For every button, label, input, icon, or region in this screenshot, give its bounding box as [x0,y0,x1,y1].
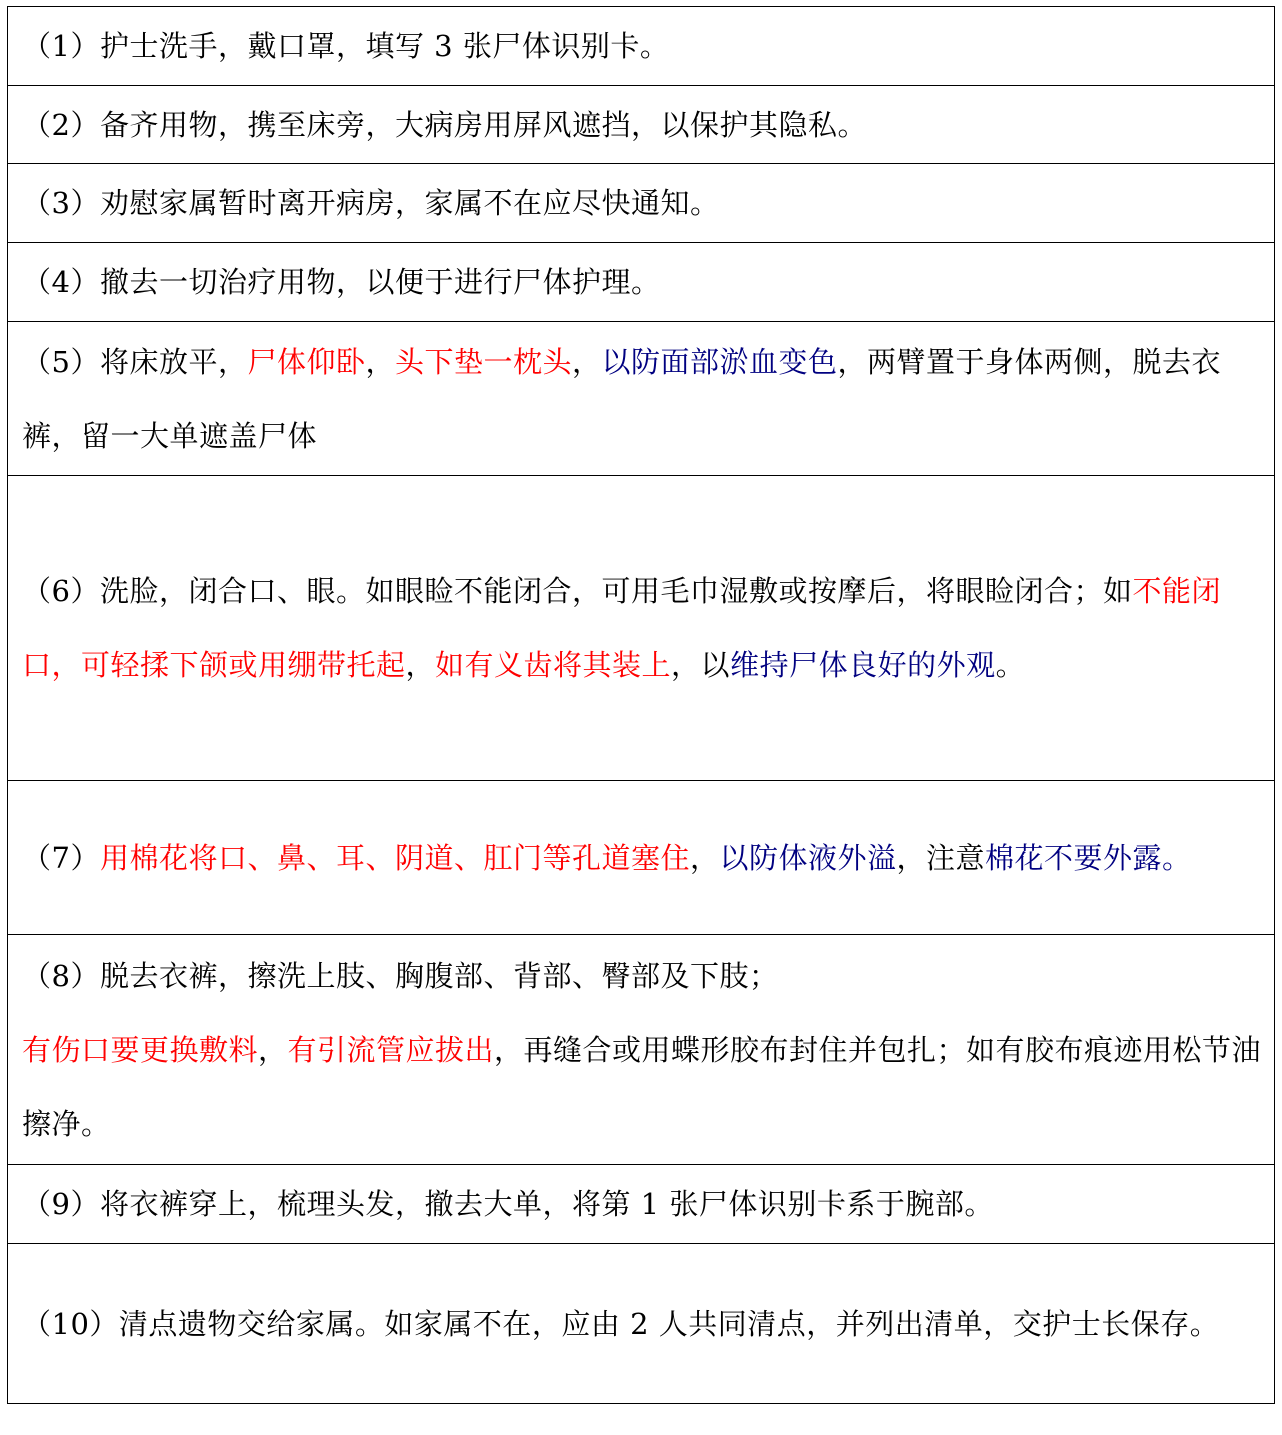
step-row-10: （10）清点遗物交给家属。如家属不在，应由 2 人共同清点，并列出清单，交护士长… [8,1244,1275,1404]
punctuation: ， [572,345,602,379]
step-cell: （3）劝慰家属暂时离开病房，家属不在应尽快通知。 [8,164,1275,243]
highlight-red: 有伤口要更换敷料 [22,1033,258,1067]
step-row-7: （7）用棉花将口、鼻、耳、阴道、肛门等孔道塞住，以防体液外溢，注意棉花不要外露。 [8,781,1275,935]
step-row-1: （1）护士洗手，戴口罩，填写 3 张尸体识别卡。 [8,7,1275,86]
step-row-6: （6）洗脸，闭合口、眼。如眼睑不能闭合，可用毛巾湿敷或按摩后，将眼睑闭合；如不能… [8,476,1275,781]
step-text: （4）撤去一切治疗用物，以便于进行尸体护理。 [22,265,660,299]
step-text: （1）护士洗手，戴口罩，填写 3 张尸体识别卡。 [22,29,669,63]
punctuation: 。 [996,648,1026,682]
procedure-steps-table: （1）护士洗手，戴口罩，填写 3 张尸体识别卡。 （2）备齐用物，携至床旁，大病… [7,6,1275,1404]
highlight-red: 用棉花将口、鼻、耳、阴道、肛门等孔道塞住 [100,841,690,875]
highlight-blue: 棉花不要外露。 [985,841,1192,875]
step-text: （3）劝慰家属暂时离开病房，家属不在应尽快通知。 [22,186,719,220]
step-row-3: （3）劝慰家属暂时离开病房，家属不在应尽快通知。 [8,164,1275,243]
highlight-blue: 以防体液外溢 [719,841,896,875]
step-cell: （6）洗脸，闭合口、眼。如眼睑不能闭合，可用毛巾湿敷或按摩后，将眼睑闭合；如不能… [8,476,1275,781]
highlight-red: 头下垫一枕头 [395,345,572,379]
step-cell: （2）备齐用物，携至床旁，大病房用屏风遮挡，以保护其隐私。 [8,86,1275,164]
step-row-2: （2）备齐用物，携至床旁，大病房用屏风遮挡，以保护其隐私。 [8,86,1275,164]
step-row-8: （8）脱去衣裤，擦洗上肢、胸腹部、背部、臀部及下肢；有伤口要更换敷料，有引流管应… [8,935,1275,1165]
punctuation: ， [690,841,720,875]
step-text: （5）将床放平， [22,345,247,379]
highlight-blue: 维持尸体良好的外观 [730,648,996,682]
step-text: （10）清点遗物交给家属。如家属不在，应由 2 人共同清点，并列出清单，交护士长… [22,1307,1219,1341]
step-text: （8）脱去衣裤，擦洗上肢、胸腹部、背部、臀部及下肢； [22,959,778,993]
highlight-red: 尸体仰卧 [247,345,365,379]
highlight-red: 如有义齿将其装上 [435,648,671,682]
punctuation: ， [406,648,436,682]
step-cell: （9）将衣裤穿上，梳理头发，撤去大单，将第 1 张尸体识别卡系于腕部。 [8,1165,1275,1244]
step-cell: （4）撤去一切治疗用物，以便于进行尸体护理。 [8,243,1275,322]
step-text: （2）备齐用物，携至床旁，大病房用屏风遮挡，以保护其隐私。 [22,108,867,142]
step-row-4: （4）撤去一切治疗用物，以便于进行尸体护理。 [8,243,1275,322]
step-text: （6）洗脸，闭合口、眼。如眼睑不能闭合，可用毛巾湿敷或按摩后，将眼睑闭合；如 [22,574,1132,608]
step-text: ，以 [671,648,730,682]
punctuation: ， [365,345,395,379]
highlight-blue: 以防面部淤血变色 [602,345,838,379]
highlight-red: 有引流管应拔出 [288,1033,495,1067]
step-cell: （7）用棉花将口、鼻、耳、阴道、肛门等孔道塞住，以防体液外溢，注意棉花不要外露。 [8,781,1275,935]
punctuation: ， [258,1033,288,1067]
step-cell: （5）将床放平，尸体仰卧，头下垫一枕头，以防面部淤血变色，两臂置于身体两侧，脱去… [8,322,1275,476]
step-cell: （10）清点遗物交给家属。如家属不在，应由 2 人共同清点，并列出清单，交护士长… [8,1244,1275,1404]
step-row-9: （9）将衣裤穿上，梳理头发，撤去大单，将第 1 张尸体识别卡系于腕部。 [8,1165,1275,1244]
step-cell: （8）脱去衣裤，擦洗上肢、胸腹部、背部、臀部及下肢；有伤口要更换敷料，有引流管应… [8,935,1275,1165]
step-cell: （1）护士洗手，戴口罩，填写 3 张尸体识别卡。 [8,7,1275,86]
step-row-5: （5）将床放平，尸体仰卧，头下垫一枕头，以防面部淤血变色，两臂置于身体两侧，脱去… [8,322,1275,476]
step-text: ，注意 [897,841,986,875]
step-text: （9）将衣裤穿上，梳理头发，撤去大单，将第 1 张尸体识别卡系于腕部。 [22,1187,994,1221]
step-text: （7） [22,841,100,875]
